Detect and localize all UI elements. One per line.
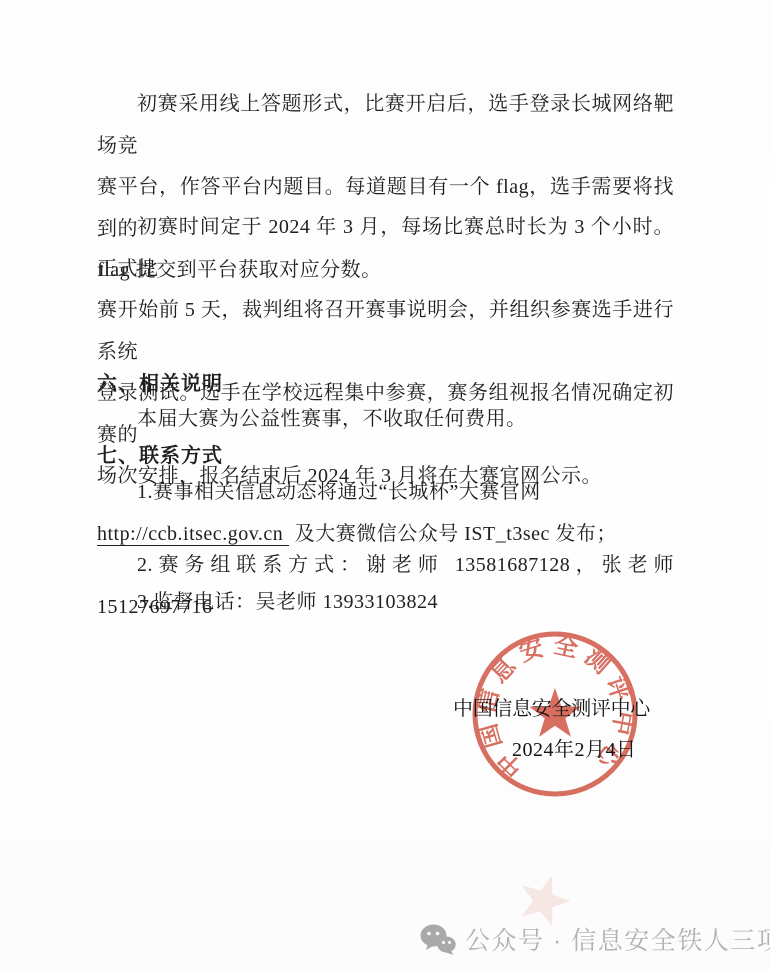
footer-watermark-label: 公众号 · 信息安全铁人三项赛 — [465, 921, 770, 957]
document-page: 初赛采用线上答题形式，比赛开启后，选手登录长城网络靶场竞 赛平台，作答平台内题目… — [0, 0, 770, 971]
competition-website-link: http://ccb.itsec.gov.cn — [97, 523, 289, 546]
section-6-body: 本届大赛为公益性赛事，不收取任何费用。 — [97, 399, 674, 441]
contact-item-1: 1.赛事相关信息动态将通过“长城杯”大赛官网 http://ccb.itsec.… — [97, 472, 674, 555]
contact-item-1-line1: 1.赛事相关信息动态将通过“长城杯”大赛官网 — [137, 481, 541, 503]
contact-item-3: 3.监督电话：吴老师 13933103824 — [97, 582, 674, 624]
signature-date: 2024年2月4日 — [512, 733, 637, 762]
contact-item-1-rest: 及大赛微信公众号 IST_t3sec 发布； — [289, 523, 617, 545]
signature-organization: 中国信息安全测评中心 — [453, 692, 650, 721]
footer-watermark: 公众号 · 信息安全铁人三项赛 — [420, 921, 770, 957]
wechat-icon — [420, 924, 456, 955]
